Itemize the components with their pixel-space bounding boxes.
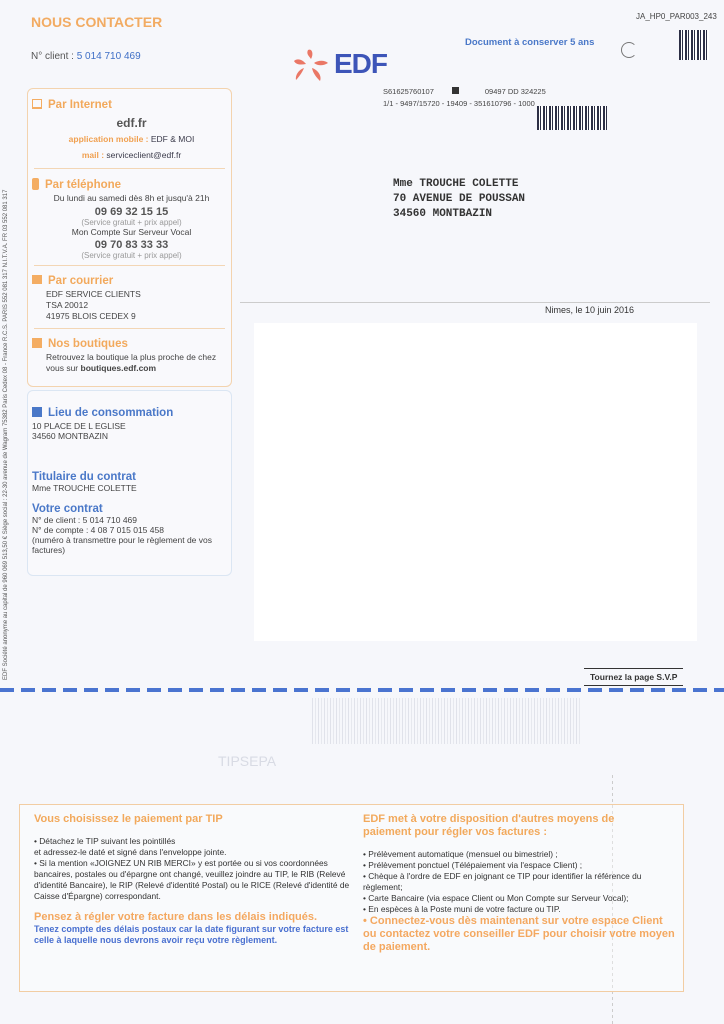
mail-label: mail : (82, 150, 107, 160)
post-title: Par courrier (48, 275, 113, 287)
tip-sepa-label: TIPSEPA (218, 753, 276, 769)
datamatrix-barcode-icon (537, 106, 607, 130)
recipient-name: Mme TROUCHE COLETTE (393, 177, 525, 192)
payment-method: • Chèque à l'ordre de EDF en joignant ce… (363, 871, 678, 893)
deadline-reminder: Pensez à régler votre facture dans les d… (34, 911, 352, 924)
section-title-contact: NOUS CONTACTER (31, 14, 162, 30)
document-reference: JA_HP0_PAR003_243 (636, 12, 717, 21)
contract-title: Votre contrat (32, 503, 231, 515)
shop-icon (32, 338, 42, 348)
app-label: application mobile : (69, 134, 151, 144)
site-title: Lieu de consommation (48, 407, 173, 419)
post-address: EDF SERVICE CLIENTS TSA 20012 41975 BLOI… (32, 289, 231, 322)
internet-title: Par Internet (48, 99, 112, 111)
post-line-2: TSA 20012 (46, 300, 231, 311)
app-name: EDF & MOI (151, 134, 194, 144)
square-mark-icon (452, 87, 459, 94)
post-line-3: 41975 BLOIS CEDEX 9 (46, 311, 231, 322)
contract-info-panel: Lieu de consommation 10 PLACE DE L EGLIS… (27, 390, 232, 576)
connect-cta: • Connectez-vous dès maintenant sur votr… (363, 915, 678, 954)
account-note: (numéro à transmettre pour le règlement … (32, 535, 222, 555)
edf-flower-icon (290, 46, 332, 86)
email-link[interactable]: serviceclient@edf.fr (106, 150, 181, 160)
payment-method: • Prélèvement ponctuel (Télépaiement via… (363, 860, 678, 871)
recycle-icon (621, 42, 637, 58)
recipient-address: Mme TROUCHE COLETTE 70 AVENUE DE POUSSAN… (393, 177, 525, 222)
mail-meta-line2: 1/1 - 9497/15720 - 19409 - 351610796 - 1… (383, 98, 546, 110)
phone-icon (32, 178, 39, 190)
house-icon (32, 407, 42, 417)
logo-wordmark: EDF (334, 48, 387, 80)
phone-number-1[interactable]: 09 69 32 15 15 (32, 206, 231, 218)
edf-logo: EDF (290, 46, 390, 86)
contact-shops: Nos boutiques Retrouvez la boutique la p… (28, 329, 231, 374)
redacted-area (254, 323, 697, 641)
datamatrix-code-icon (679, 30, 709, 60)
site-line-2: 34560 MONTBAZIN (32, 431, 231, 441)
tip-step-1b: et adressez-le daté et signé dans l'enve… (34, 847, 352, 858)
tip-title: Vous choisissez le paiement par TIP (34, 813, 352, 826)
envelope-icon (32, 275, 42, 284)
vocal-label: Mon Compte Sur Serveur Vocal (32, 227, 231, 237)
tip-step-2: • Si la mention «JOIGNEZ UN RIB MERCI» y… (34, 858, 352, 902)
recipient-street: 70 AVENUE DE POUSSAN (393, 192, 525, 207)
legal-mentions: EDF Société anonyme au capital de 960 06… (3, 170, 9, 680)
phone-title: Par téléphone (45, 179, 121, 191)
shops-link[interactable]: boutiques.edf.com (81, 363, 157, 373)
post-line-1: EDF SERVICE CLIENTS (46, 289, 231, 300)
client-number-label: N° client : (31, 51, 77, 62)
contact-internet: Par Internet edf.fr application mobile :… (28, 89, 231, 160)
phone-number-2[interactable]: 09 70 83 33 33 (32, 239, 231, 251)
phone-note-2: (Service gratuit + prix appel) (32, 251, 231, 260)
turn-page-notice: Tournez la page S.V.P (584, 668, 683, 686)
account-number: N° de compte : 4 08 7 015 015 458 (32, 525, 231, 535)
payment-method: • En espèces à la Poste muni de votre fa… (363, 904, 678, 915)
laptop-icon (32, 99, 42, 109)
payment-method: • Prélèvement automatique (mensuel ou bi… (363, 849, 678, 860)
payment-info-panel: Vous choisissez le paiement par TIP • Dé… (19, 804, 684, 992)
other-payment-section: EDF met à votre disposition d'autres moy… (363, 813, 678, 954)
mail-meta-code: S61625760107 (383, 87, 434, 96)
tear-off-dashed-line (0, 688, 724, 692)
site-line-1: 10 PLACE DE L EGLISE (32, 421, 231, 431)
payment-methods-list: • Prélèvement automatique (mensuel ou bi… (363, 849, 678, 915)
faint-barcode (312, 698, 580, 744)
mailing-metadata: S6162576010709497 DD 324225 1/1 - 9497/1… (383, 86, 546, 110)
contact-panel: Par Internet edf.fr application mobile :… (27, 88, 232, 387)
letter-date: Nimes, le 10 juin 2016 (545, 305, 634, 315)
other-methods-title: EDF met à votre disposition d'autres moy… (363, 813, 623, 839)
holder-title: Titulaire du contrat (32, 471, 231, 483)
mail-meta-ref: 09497 DD 324225 (485, 87, 546, 96)
contact-phone: Par téléphone Du lundi au samedi dès 8h … (28, 169, 231, 260)
contact-post: Par courrier EDF SERVICE CLIENTS TSA 200… (28, 266, 231, 322)
contract-client-number: N° de client : 5 014 710 469 (32, 515, 231, 525)
tip-step-1: • Détachez le TIP suivant les pointillés (34, 836, 352, 847)
recipient-city: 34560 MONTBAZIN (393, 207, 525, 222)
deadline-note: Tenez compte des délais postaux car la d… (34, 924, 352, 946)
shops-title: Nos boutiques (48, 338, 128, 350)
phone-hours: Du lundi au samedi dès 8h et jusqu'à 21h (32, 193, 231, 203)
website-link[interactable]: edf.fr (32, 116, 231, 130)
fold-line (240, 302, 710, 303)
client-number-value: 5 014 710 469 (77, 51, 141, 62)
holder-name: Mme TROUCHE COLETTE (32, 483, 231, 493)
payment-method: • Carte Bancaire (via espace Client ou M… (363, 893, 678, 904)
phone-note-1: (Service gratuit + prix appel) (32, 218, 231, 227)
retention-notice: Document à conserver 5 ans (465, 37, 594, 48)
client-number-line: N° client : 5 014 710 469 (31, 51, 141, 62)
tip-payment-section: Vous choisissez le paiement par TIP • Dé… (34, 813, 352, 946)
